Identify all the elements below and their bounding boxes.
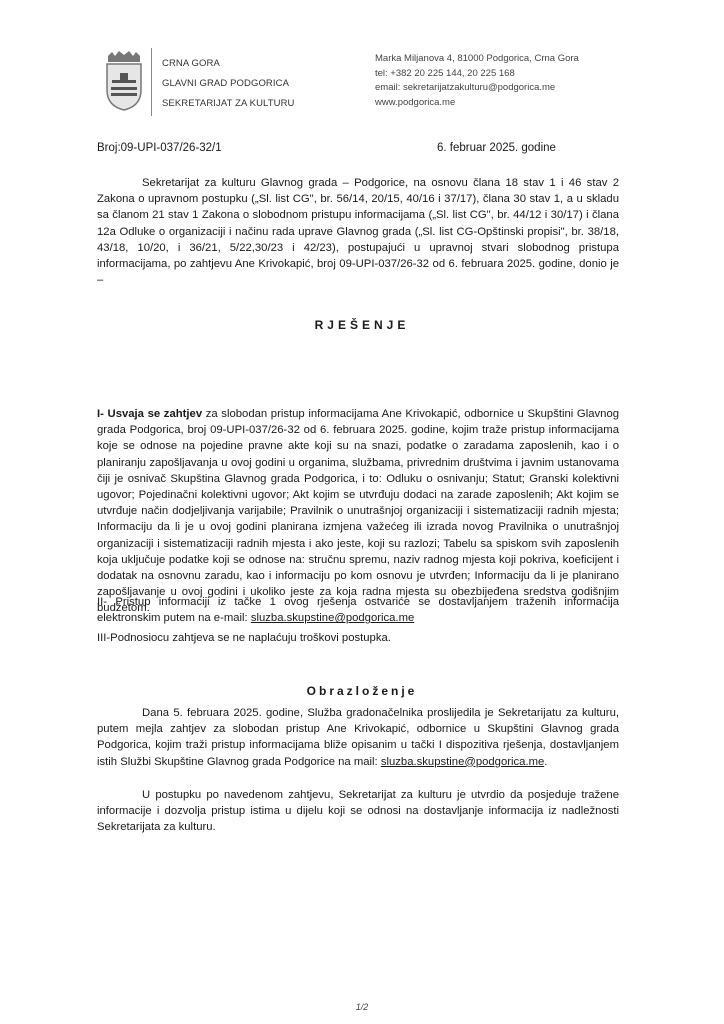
section-1-text: za slobodan pristup informacijama Ane Kr… <box>97 408 619 614</box>
reasoning-paragraph-1: Dana 5. februara 2025. godine, Služba gr… <box>97 705 619 770</box>
section-1-label: I- Usvaja se zahtjev <box>97 408 202 420</box>
document-page: CRNA GORA GLAVNI GRAD PODGORICA SEKRETAR… <box>0 0 724 1024</box>
coat-of-arms-icon <box>104 50 144 112</box>
org-country: CRNA GORA <box>162 54 295 74</box>
organization-block: CRNA GORA GLAVNI GRAD PODGORICA SEKRETAR… <box>162 54 295 114</box>
reasoning-title: Obrazloženje <box>0 684 724 698</box>
contact-phone: tel: +382 20 225 144, 20 225 168 <box>375 67 579 82</box>
reference-row: Broj:09-UPI-037/26-32/1 6. februar 2025.… <box>97 142 567 154</box>
reasoning-1-end: . <box>544 756 547 768</box>
reasoning-paragraph-2: U postupku po navedenom zahtjevu, Sekret… <box>97 787 619 836</box>
section-2-email-link[interactable]: sluzba.skupstine@podgorica.me <box>251 612 414 624</box>
decision-section-2: II- Pristup informaciji iz tačke 1 ovog … <box>97 594 619 626</box>
page-number: 1/2 <box>0 1002 724 1012</box>
contact-address: Marka Miljanova 4, 81000 Podgorica, Crna… <box>375 52 579 67</box>
contact-email[interactable]: email: sekretarijatzakulturu@podgorica.m… <box>375 81 579 96</box>
decision-section-3: III-Podnosiocu zahtjeva se ne naplaćuju … <box>97 630 619 646</box>
header-divider <box>151 48 152 116</box>
contact-website[interactable]: www.podgorica.me <box>375 96 579 111</box>
reference-number: Broj:09-UPI-037/26-32/1 <box>97 142 222 154</box>
decision-title: RJEŠENJE <box>0 318 724 332</box>
org-secretariat: SEKRETARIJAT ZA KULTURU <box>162 94 295 114</box>
decision-section-1: I- Usvaja se zahtjev za slobodan pristup… <box>97 406 619 617</box>
org-city: GLAVNI GRAD PODGORICA <box>162 74 295 94</box>
document-date: 6. februar 2025. godine <box>437 142 556 154</box>
preamble-paragraph: Sekretarijat za kulturu Glavnog grada – … <box>97 175 619 288</box>
reasoning-email-link[interactable]: sluzba.skupstine@podgorica.me <box>381 756 544 768</box>
contact-block: Marka Miljanova 4, 81000 Podgorica, Crna… <box>375 52 579 110</box>
